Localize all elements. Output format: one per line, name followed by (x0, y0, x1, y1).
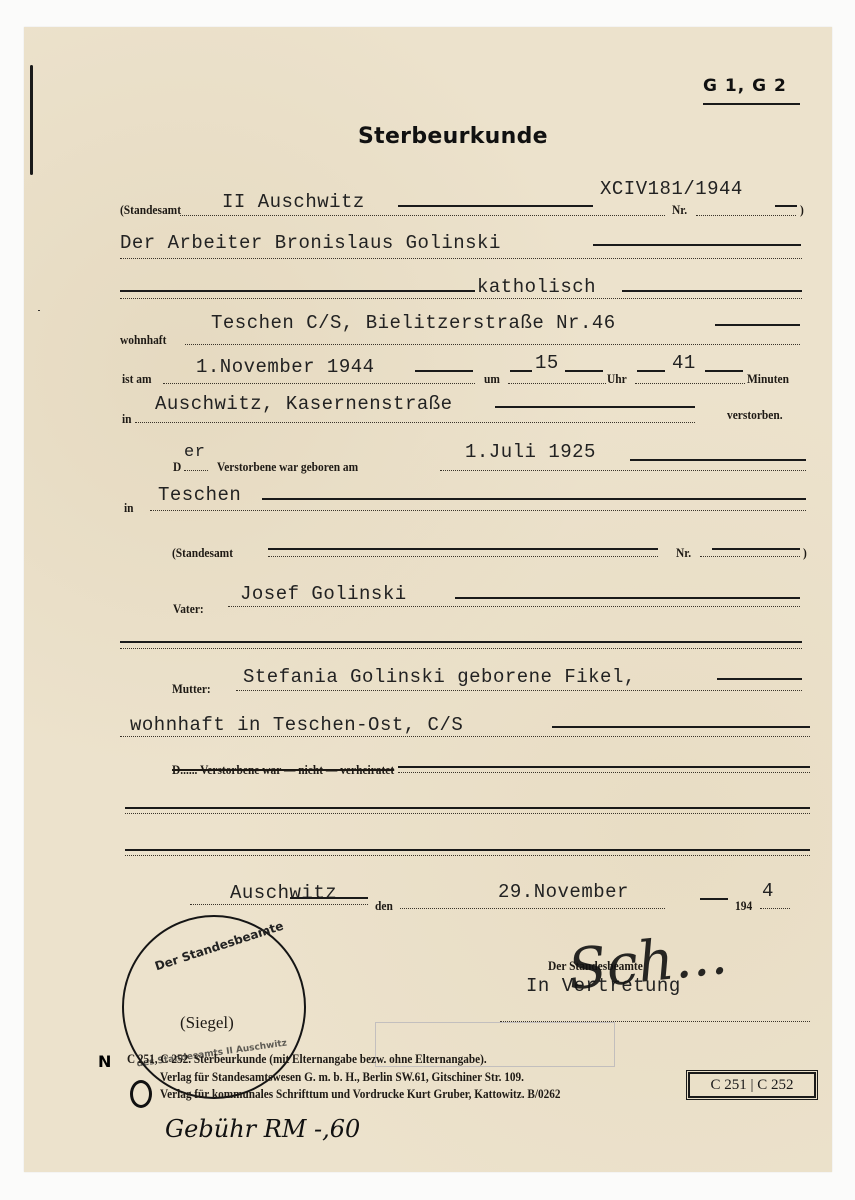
birth-label: Verstorbene war geboren am (217, 459, 358, 475)
birth-registry-nr-label: Nr. (676, 545, 691, 561)
birth-registry-close: ) (803, 545, 807, 561)
death-date: 1.November 1944 (196, 356, 375, 378)
father-extra-rule (120, 641, 802, 643)
deceased-name: Der Arbeiter Bronislaus Golinski (120, 232, 501, 254)
died-label: verstorben. (727, 407, 783, 423)
death-date-label: ist am (122, 371, 152, 387)
mother-residence-dotline (120, 736, 810, 737)
seal-ring-top: Der Standesbeamte (153, 919, 285, 974)
registry-label: (Standesamt (120, 202, 181, 218)
birth-place-dotline (150, 510, 806, 511)
birth-d-prefix: D (173, 459, 181, 475)
death-place-label: in (122, 411, 132, 427)
issue-date-dotline (400, 908, 665, 909)
mother-residence-fill-rule (552, 726, 810, 728)
footer-mark: N (98, 1052, 111, 1071)
registry-close: ) (800, 202, 804, 218)
registry-value: II Auschwitz (222, 191, 365, 213)
issue-place-fill-rule (290, 897, 368, 899)
footer-line-2: Verlag für Standesamtswesen G. m. b. H.,… (160, 1070, 524, 1085)
minutes-label: Minuten (747, 371, 789, 387)
residence-label: wohnhaft (120, 332, 166, 348)
birth-registry-nr-dotline (700, 556, 800, 557)
deceased-name-dotline (120, 258, 802, 259)
mother-dotline (236, 690, 802, 691)
birth-d-suffix: er (184, 443, 205, 462)
form-code: G 1, G 2 (703, 76, 787, 96)
marital-status-struck: D...... Verstorbene war — nicht — verhei… (172, 762, 394, 778)
deceased-religion: katholisch (477, 276, 596, 298)
birth-registry-dotline (268, 556, 658, 557)
minutes-pre-rule (637, 370, 665, 372)
religion-dotline (120, 298, 802, 299)
minutes-dotline (635, 383, 745, 384)
birth-place-fill-rule (262, 498, 806, 500)
edge-mark-mid (38, 310, 40, 311)
birth-date-fill-rule (630, 459, 806, 461)
death-place: Auschwitz, Kasernenstraße (155, 393, 453, 415)
residence-fill-rule (715, 324, 800, 326)
registry-nr-dotline (696, 215, 796, 216)
issue-year-prefix: 194 (735, 898, 752, 914)
hour-post-rule (565, 370, 603, 372)
issue-date-fill-rule (700, 898, 728, 900)
death-place-fill-rule (495, 406, 695, 408)
birth-d-dotline (184, 470, 208, 471)
father-extra-dotline (120, 648, 802, 649)
birth-registry-nr-fill-rule (712, 548, 800, 550)
edge-mark-top (30, 65, 33, 175)
mother-fill-rule (717, 678, 802, 680)
blank-rule-2 (125, 849, 810, 851)
death-minutes: 41 (672, 352, 696, 374)
registry-nr-label: Nr. (672, 202, 687, 218)
father-dotline (228, 606, 800, 607)
issue-date: 29.November (498, 881, 629, 903)
footer-line-1: C 251, C 252. Sterbeurkunde (mit Elterna… (127, 1052, 487, 1067)
uhr-label: Uhr (607, 371, 627, 387)
issue-place: Auschwitz (230, 882, 337, 904)
father-label: Vater: (173, 601, 204, 617)
death-hour: 15 (535, 352, 559, 374)
blank-dotline-1 (125, 813, 810, 814)
birth-place-label: in (124, 500, 134, 516)
footer-line-3: Verlag für kommunales Schrifttum und Vor… (160, 1087, 561, 1102)
birth-registry-fill-rule (268, 548, 658, 550)
hour-label: um (484, 371, 500, 387)
residence-dotline (185, 344, 800, 345)
registry-dotline (180, 215, 665, 216)
father-name: Josef Golinski (240, 583, 407, 605)
death-date-dotline (163, 383, 475, 384)
hour-pre-rule (510, 370, 532, 372)
form-code-underline (703, 103, 800, 105)
birth-date-dotline (440, 470, 806, 471)
fee-note: Gebühr RM -,60 (165, 1115, 360, 1143)
mother-label: Mutter: (172, 681, 211, 697)
deceased-residence: Teschen C/S, Bielitzerstraße Nr.46 (211, 312, 616, 334)
mother-residence: wohnhaft in Teschen-Ost, C/S (130, 714, 463, 736)
birth-registry-label: (Standesamt (172, 545, 233, 561)
birth-place: Teschen (158, 484, 241, 506)
issue-year-suffix: 4 (762, 880, 774, 902)
father-fill-rule (455, 597, 800, 599)
death-date-fill-rule (415, 370, 473, 372)
issue-place-dotline (190, 904, 368, 905)
seal-label: (Siegel) (180, 1013, 234, 1033)
document-title: Sterbeurkunde (358, 124, 548, 149)
religion-post-rule (622, 290, 802, 292)
deceased-name-fill-rule (593, 244, 801, 246)
mother-name: Stefania Golinski geborene Fikel, (243, 666, 636, 688)
religion-pre-rule (120, 290, 475, 292)
marital-rule (398, 766, 810, 768)
death-place-dotline (135, 422, 695, 423)
blank-rule-1 (125, 807, 810, 809)
marital-dotline (398, 772, 810, 773)
minutes-post-rule (705, 370, 743, 372)
publisher-logo-icon (130, 1080, 152, 1108)
issue-year-dotline (760, 908, 790, 909)
hour-dotline (508, 383, 606, 384)
registry-nr-fill-rule (775, 205, 797, 207)
registry-nr-value: XCIV181/1944 (600, 178, 743, 200)
registry-fill-rule (398, 205, 593, 207)
birth-date: 1.Juli 1925 (465, 441, 596, 463)
form-number-box: C 251 | C 252 (688, 1072, 816, 1098)
blank-dotline-2 (125, 855, 810, 856)
issue-den-label: den (375, 898, 393, 914)
